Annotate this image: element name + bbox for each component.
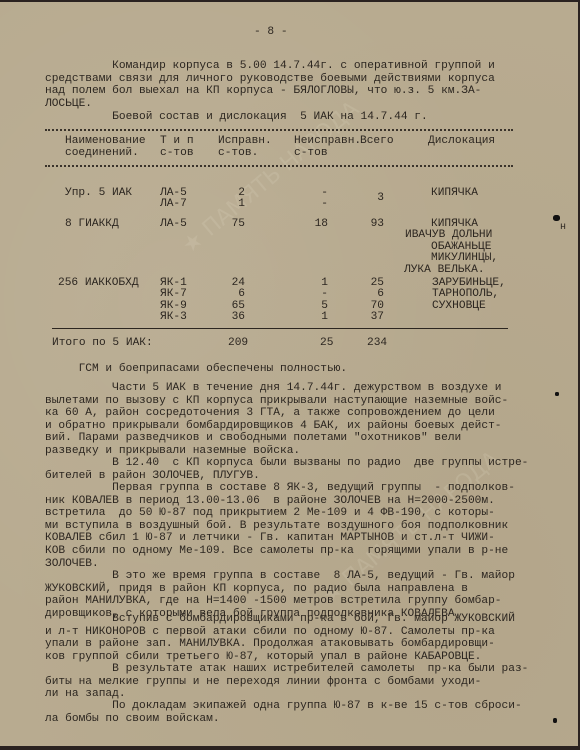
totals-label: Итого по 5 ИАК: [52,337,153,350]
body-line: ми вступила в воздушный бой. В результат… [45,520,508,533]
body-line: Части 5 ИАК в течение дня 14.7.44г. дежу… [45,382,502,395]
body-line: район МАНИЛУВКА, где на Н=1400 -1500 мет… [45,595,502,608]
page-number: - 8 - [254,26,288,39]
ink-blot [553,215,560,221]
table-cell-location: ЛУКА ВЕЛЬКА. [404,264,485,277]
table-cell-type: ЯК-3 [160,311,187,324]
table-cell-type: ЛА-5 [160,218,187,231]
ink-blot [555,392,559,396]
table-cell-location: СУХНОВЦЕ [432,300,486,313]
table-title: Боевой состав и дислокация 5 ИАК на 14.7… [45,111,428,124]
body-line: ли на запад. [45,688,126,701]
body-line: и обратно прикрывали бомбардировщиков 4 … [45,420,502,433]
body-line: бителей в район ЗОЛОЧЕВ, ПЛУГУВ. [45,470,260,483]
totals-unserviceable: 25 [320,337,333,350]
column-header: с-тов. [218,147,258,160]
table-cell-unit: Упр. 5 ИАК [65,187,132,200]
body-line: и л-т НИКОНОРОВ с первой атаки сбили по … [45,626,495,639]
intro-line: ЛОСЬЦЕ. [45,98,92,111]
body-line: В это же время группа в составе 8 ЛА-5, … [45,570,515,583]
table-cell-unserviceable: 18 [315,218,328,231]
body-line: Вступив с бомбардировщиками пр-ка в бой,… [45,613,515,626]
column-header: Всего [360,135,394,148]
body-line: упали в районе зап. МАНИЛУВКА. Продолжая… [45,638,495,651]
watermark: ★ ПАМЯТЬ НАРОДА [182,102,361,255]
table-cell-serviceable: 36 [232,311,245,324]
table-cell-location: КИПЯЧКА [431,187,478,200]
column-header: Т и п [160,135,194,148]
column-header: с-тов [160,147,194,160]
table-cell-unserviceable: 1 [321,311,328,324]
body-line: ЖУКОВСКИЙ, придя в район КП корпуса, по … [45,583,468,596]
body-line: встретила до 50 Ю-87 под прикрытием 2 Ме… [45,507,495,520]
totals-serviceable: 209 [228,337,248,350]
body-line: В 12.40 с КП корпуса были вызваны по рад… [45,457,528,470]
table-cell-serviceable: 1 [238,198,245,211]
body-line: ЗОЛОЧЕВ. [45,558,99,571]
table-rule-bottom [52,328,508,329]
body-line: В результате атак наших истребителей сам… [45,663,528,676]
table-cell-unit: 8 ГИАККД [65,218,119,231]
table-cell-unserviceable: - [321,198,328,211]
body-line: ГСМ и боеприпасами обеспечены полностью. [45,363,347,376]
column-header: Дислокация [428,135,495,148]
table-cell-type: ЛА-7 [160,198,187,211]
table-cell-total: 37 [371,311,384,324]
body-line: По докладам экипажей одна группа Ю-87 в … [45,700,522,713]
body-line: ник КОВАЛЕВ в период 13.00-13.06 в район… [45,495,495,508]
table-cell-total: 3 [377,192,384,205]
table-cell-serviceable: 75 [232,218,245,231]
column-header: с-тов [294,147,328,160]
intro-line: средствами связи для личного руководстве… [45,73,495,86]
table-cell-unit: 256 ИАККОБХД [58,277,139,290]
table-rule-header [45,165,513,167]
body-line: Первая группа в составе 8 ЯК-3, ведущий … [45,482,515,495]
column-header: Исправн. [218,135,272,148]
body-line: ла бомбы по своим войскам. [45,713,220,726]
body-line: КОВ сбили по одному Ме-109. Все самолеты… [45,545,508,558]
document-page: ★ ПАМЯТЬ НАРОДА ★ ПАМЯТЬ НАРОДА - 8 - Бо… [0,2,578,746]
body-line: ка 60 А, район сосредоточения 3 ГТА, а т… [45,407,495,420]
ink-blot [553,718,557,723]
table-cell-total: 93 [371,218,384,231]
body-line: разведку и прикрывали наземные войска. [45,445,300,458]
margin-note: н [560,222,566,235]
intro-line: Командир корпуса в 5.00 14.7.44г. с опер… [45,60,495,73]
intro-line: над полем бол выехал на КП корпуса - БЯЛ… [45,85,481,98]
body-line: вылетами по вызову с КП корпуса прикрыва… [45,395,508,408]
body-line: ков группой сбили третьего Ю-87, который… [45,651,481,664]
column-header: соединений. [65,147,139,160]
table-rule-top [45,129,513,131]
column-header: Наименование [65,135,146,148]
column-header: Неисправн. [294,135,361,148]
body-line: вий. Парами разведчиков и свободными пол… [45,432,461,445]
totals-total: 234 [367,337,387,350]
body-line: биты на мелкие группы и не переходя лини… [45,676,481,689]
body-line: КОВАЛЕВ сбил 1 Ю-87 и летчики - Гв. капи… [45,532,495,545]
